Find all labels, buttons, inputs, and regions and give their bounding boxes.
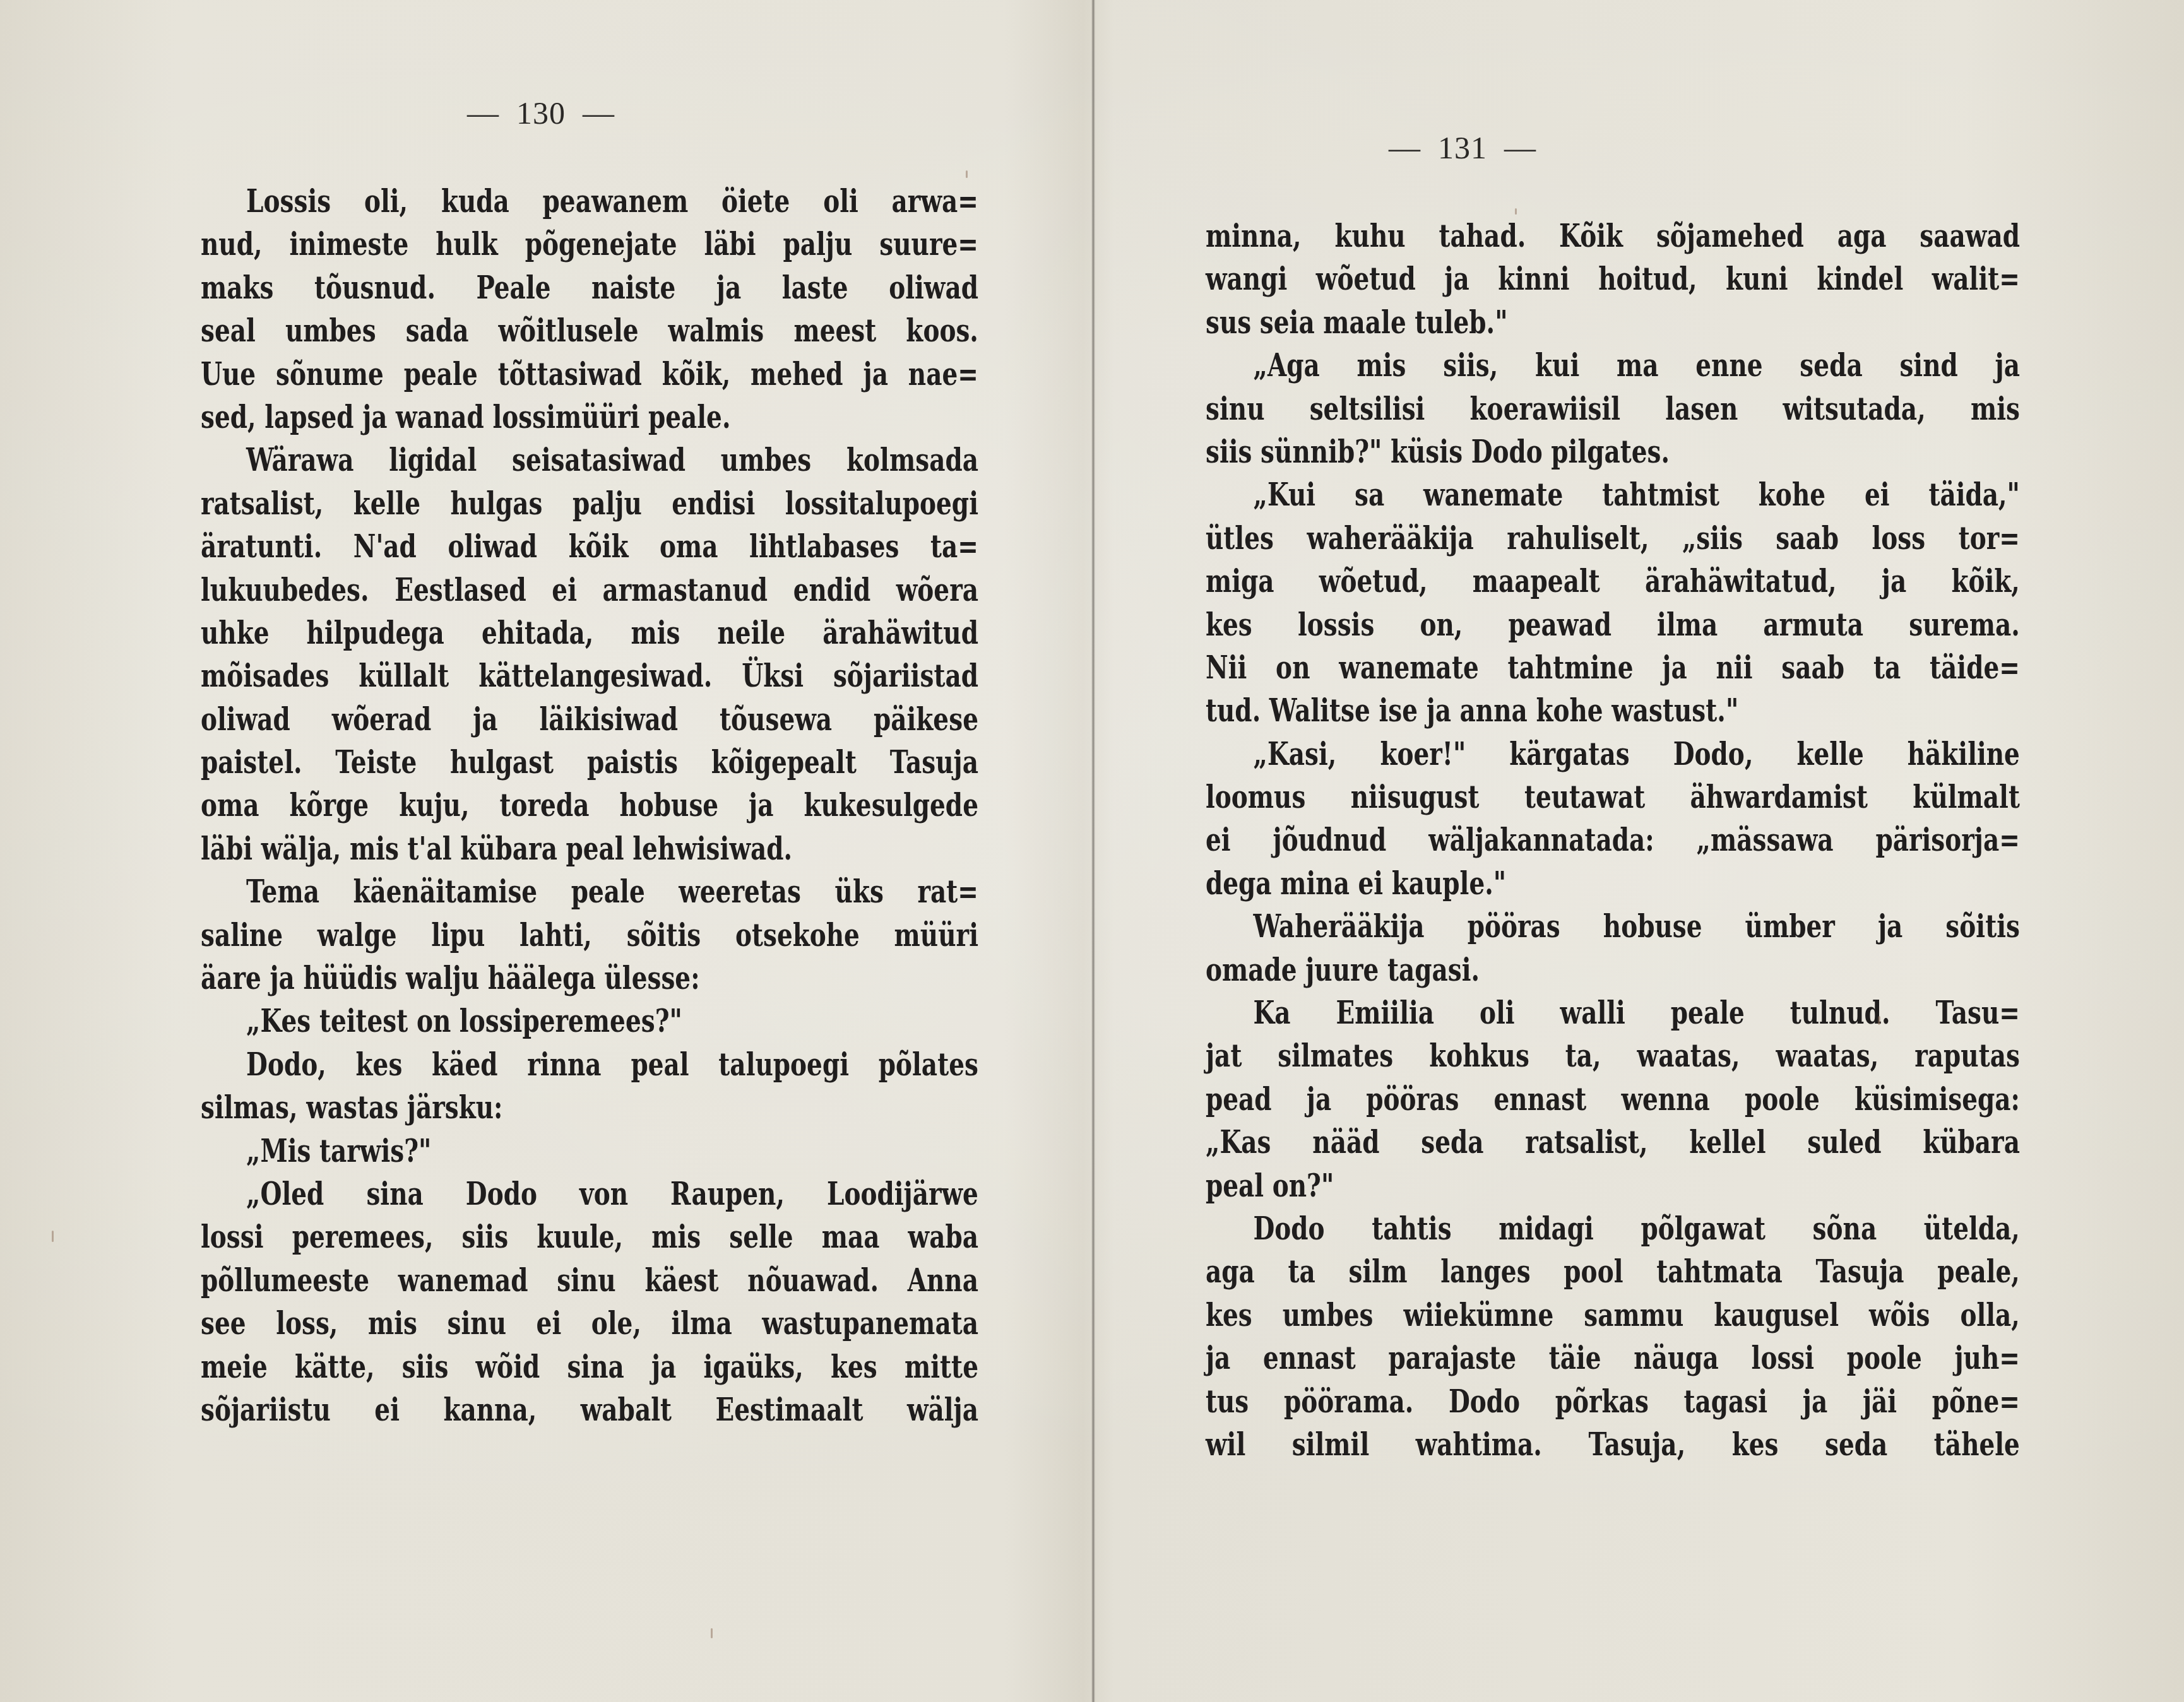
- paper-fleck: [52, 1231, 54, 1242]
- text-line: ei jõudnud wäljakannatada: „mässawa päri…: [1206, 818, 2020, 861]
- text-line: oliwad wõerad ja läikisiwad tõusewa päik…: [201, 698, 978, 741]
- text-line: loomus niisugust teutawat ähwardamist kü…: [1206, 776, 2020, 818]
- text-line: dega mina ei kauple.": [1206, 862, 2020, 905]
- text-line: „Oled sina Dodo von Raupen, Loodijärwe: [201, 1173, 978, 1215]
- text-line: „Kas nääd seda ratsalist, kellel suled k…: [1206, 1121, 2020, 1164]
- left-page-text: Lossis oli, kuda peawanem öiete oli arwa…: [201, 180, 978, 1431]
- text-line: „Mis tarwis?": [201, 1130, 978, 1173]
- text-line: „Kui sa wanemate tahtmist kohe ei täida,…: [1206, 473, 2020, 516]
- text-line: Dodo tahtis midagi põlgawat sõna ütelda,: [1206, 1207, 2020, 1250]
- left-page: — 130 — Lossis oli, kuda peawanem öiete …: [0, 0, 1091, 1702]
- text-line: saline walge lipu lahti, sõitis otsekohe…: [201, 914, 978, 957]
- text-line: seal umbes sada wõitlusele walmis meest …: [201, 309, 978, 352]
- text-line: meie kätte, siis wõid sina ja igaüks, ke…: [201, 1345, 978, 1388]
- text-line: lossi peremees, siis kuule, mis selle ma…: [201, 1215, 978, 1258]
- right-page: — 131 — minna, kuhu tahad. Kõik sõjamehe…: [1095, 0, 2184, 1702]
- text-line: läbi wälja, mis t'al kübara peal lehwisi…: [201, 827, 978, 870]
- text-line: tud. Walitse ise ja anna kohe wastust.": [1206, 689, 2020, 732]
- text-line: äratunti. N'ad oliwad kõik oma lihtlabas…: [201, 525, 978, 568]
- text-line: ratsalist, kelle hulgas palju endisi los…: [201, 482, 978, 525]
- text-line: tus pöörama. Dodo põrkas tagasi ja jäi p…: [1206, 1380, 2020, 1423]
- text-line: Tema käenäitamise peale weeretas üks rat…: [201, 870, 978, 913]
- text-line: aga ta silm langes pool tahtmata Tasuja …: [1206, 1250, 2020, 1293]
- text-line: pead ja pööras ennast wenna poole küsimi…: [1206, 1078, 2020, 1121]
- text-line: „Kasi, koer!" kärgatas Dodo, kelle häkil…: [1206, 733, 2020, 776]
- text-line: „Aga mis siis, kui ma enne seda sind ja: [1206, 344, 2020, 387]
- text-line: kes umbes wiiekümne sammu kaugusel wõis …: [1206, 1294, 2020, 1337]
- text-line: sinu seltsilisi koerawiisil lasen witsut…: [1206, 387, 2020, 430]
- text-line: Waherääkija pööras hobuse ümber ja sõiti…: [1206, 905, 2020, 948]
- text-line: mõisades küllalt kättelangesiwad. Üksi s…: [201, 654, 978, 697]
- text-line: nud, inimeste hulk põgenejate läbi palju…: [201, 223, 978, 266]
- text-line: Lossis oli, kuda peawanem öiete oli arwa…: [201, 180, 978, 223]
- text-line: maks tõusnud. Peale naiste ja laste oliw…: [201, 266, 978, 309]
- text-line: kes lossis on, peawad ilma armuta surema…: [1206, 603, 2020, 646]
- right-page-text: minna, kuhu tahad. Kõik sõjamehed aga sa…: [1206, 215, 2020, 1466]
- text-line: jat silmates kohkus ta, waatas, waatas, …: [1206, 1034, 2020, 1077]
- paper-fleck: [711, 1628, 713, 1638]
- text-line: omade juure tagasi.: [1206, 949, 2020, 991]
- text-line: põllumeeste wanemad sinu käest nõuawad. …: [201, 1259, 978, 1302]
- text-line: sed, lapsed ja wanad lossimüüri peale.: [201, 396, 978, 439]
- text-line: wil silmil wahtima. Tasuja, kes seda täh…: [1206, 1423, 2020, 1466]
- text-line: lukuubedes. Eestlased ei armastanud endi…: [201, 569, 978, 612]
- paper-fleck: [966, 170, 968, 178]
- text-line: Uue sõnume peale tõttasiwad kõik, mehed …: [201, 353, 978, 396]
- text-line: Nii on wanemate tahtmine ja nii saab ta …: [1206, 646, 2020, 689]
- text-line: siis sünnib?" küsis Dodo pilgates.: [1206, 430, 2020, 473]
- text-line: Wärawa ligidal seisatasiwad umbes kolmsa…: [201, 439, 978, 482]
- text-line: ütles waherääkija rahuliselt, „siis saab…: [1206, 517, 2020, 560]
- text-line: uhke hilpudega ehitada, mis neile ärahäw…: [201, 612, 978, 654]
- page-number-left: — 130 —: [467, 95, 615, 131]
- text-line: ja ennast parajaste täie näuga lossi poo…: [1206, 1337, 2020, 1380]
- text-line: oma kõrge kuju, toreda hobuse ja kukesul…: [201, 784, 978, 827]
- paper-fleck: [1515, 208, 1517, 215]
- text-line: „Kes teitest on lossiperemees?": [201, 1000, 978, 1043]
- text-line: Dodo, kes käed rinna peal talupoegi põla…: [201, 1043, 978, 1086]
- text-line: minna, kuhu tahad. Kõik sõjamehed aga sa…: [1206, 215, 2020, 257]
- paper-fleck: [1878, 1016, 1880, 1025]
- text-line: wangi wõetud ja kinni hoitud, kuni kinde…: [1206, 257, 2020, 300]
- text-line: äare ja hüüdis walju häälega ülesse:: [201, 957, 978, 1000]
- text-line: paistel. Teiste hulgast paistis kõigepea…: [201, 741, 978, 784]
- page-number-right: — 131 —: [1389, 129, 1536, 166]
- text-line: sus seia maale tuleb.": [1206, 301, 2020, 344]
- text-line: peal on?": [1206, 1164, 2020, 1207]
- text-line: Ka Emiilia oli walli peale tulnud. Tasu=: [1206, 991, 2020, 1034]
- book-spread: — 130 — Lossis oli, kuda peawanem öiete …: [0, 0, 2184, 1702]
- text-line: sõjariistu ei kanna, wabalt Eestimaalt w…: [201, 1388, 978, 1431]
- text-line: silmas, wastas järsku:: [201, 1086, 978, 1129]
- text-line: miga wõetud, maapealt ärahäwitatud, ja k…: [1206, 560, 2020, 603]
- text-line: see loss, mis sinu ei ole, ilma wastupan…: [201, 1302, 978, 1345]
